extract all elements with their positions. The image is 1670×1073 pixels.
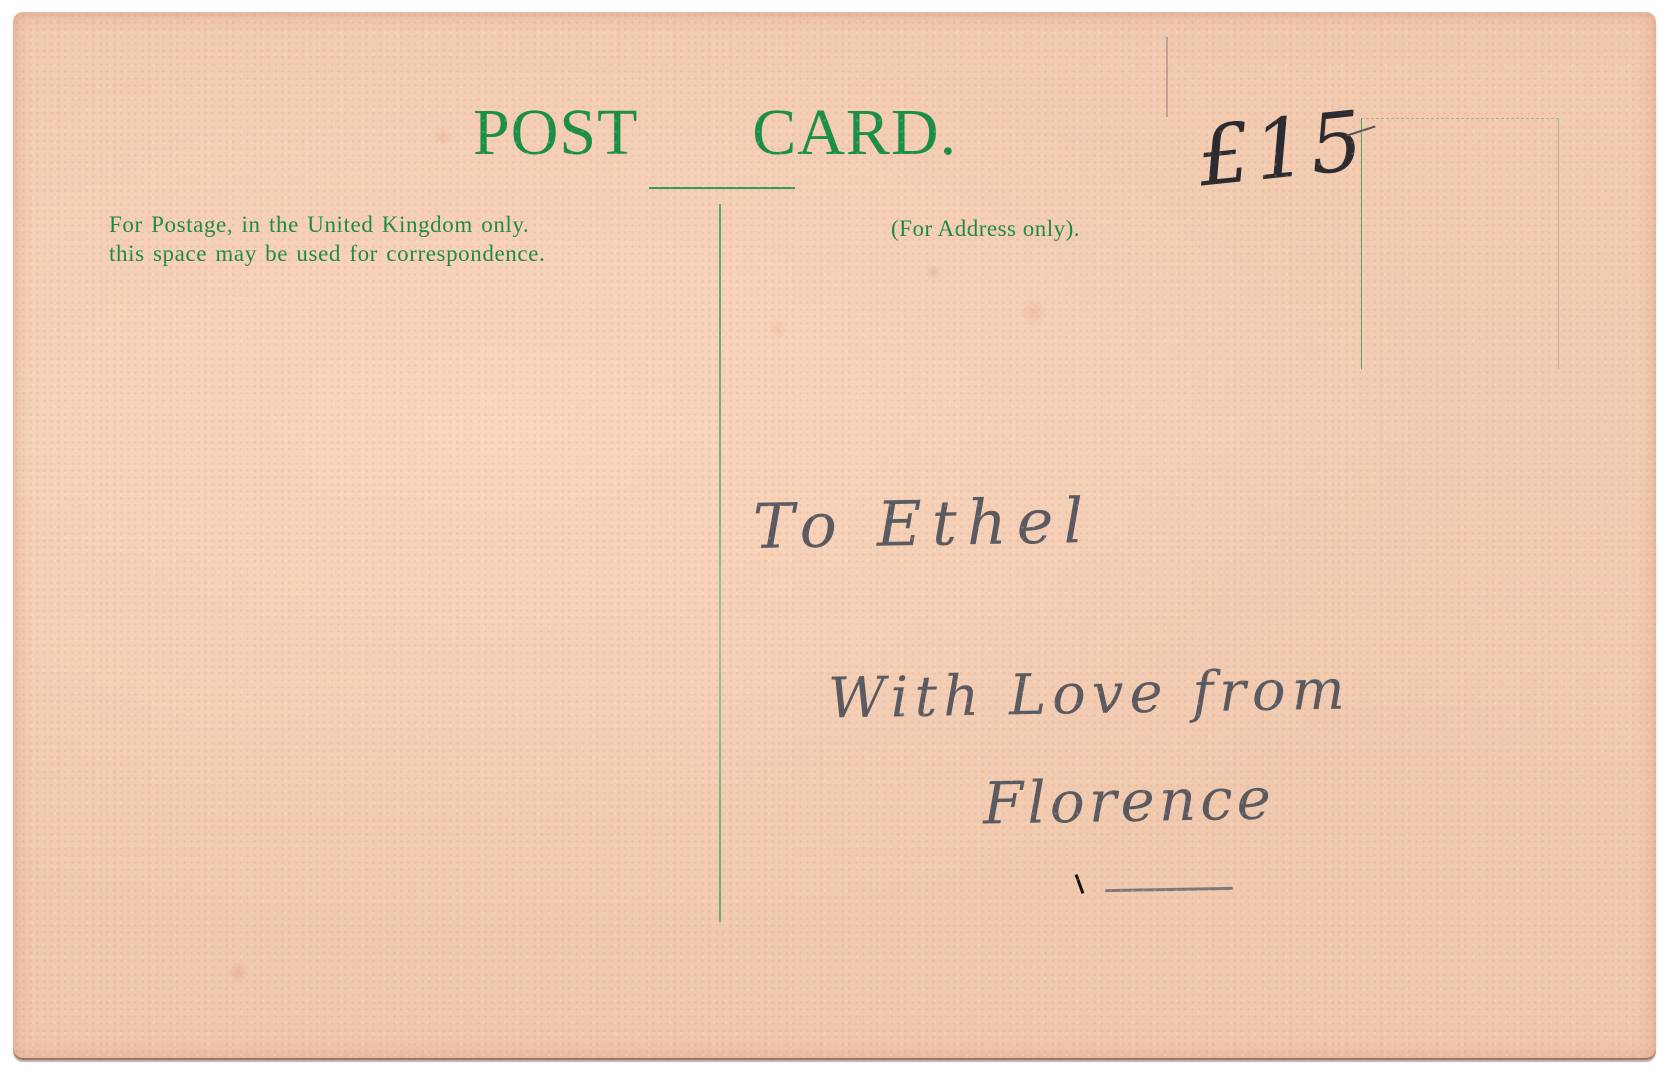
handwritten-line-message: With Love from [827, 657, 1351, 731]
signature-flourish [1105, 887, 1233, 892]
handwritten-line-recipient: To Ethel [752, 484, 1093, 563]
ink-tick-mark [1075, 874, 1085, 894]
handwritten-line-signature: Florence [982, 764, 1275, 837]
postcard-back: POST CARD. For Postage, in the United Ki… [13, 12, 1656, 1060]
handwritten-price: £15 [1193, 93, 1371, 205]
postcard-heading: POST CARD. [473, 100, 957, 166]
address-note: (For Address only). [891, 216, 1080, 242]
correspondence-note-line1: For Postage, in the United Kingdom only. [109, 210, 545, 239]
stamp-box [1361, 118, 1559, 369]
center-divider [719, 204, 721, 922]
correspondence-note-line2: this space may be used for correspondenc… [109, 239, 545, 268]
heading-underline [649, 187, 795, 189]
correspondence-note: For Postage, in the United Kingdom only.… [109, 210, 545, 268]
pencil-mark [1166, 37, 1168, 117]
